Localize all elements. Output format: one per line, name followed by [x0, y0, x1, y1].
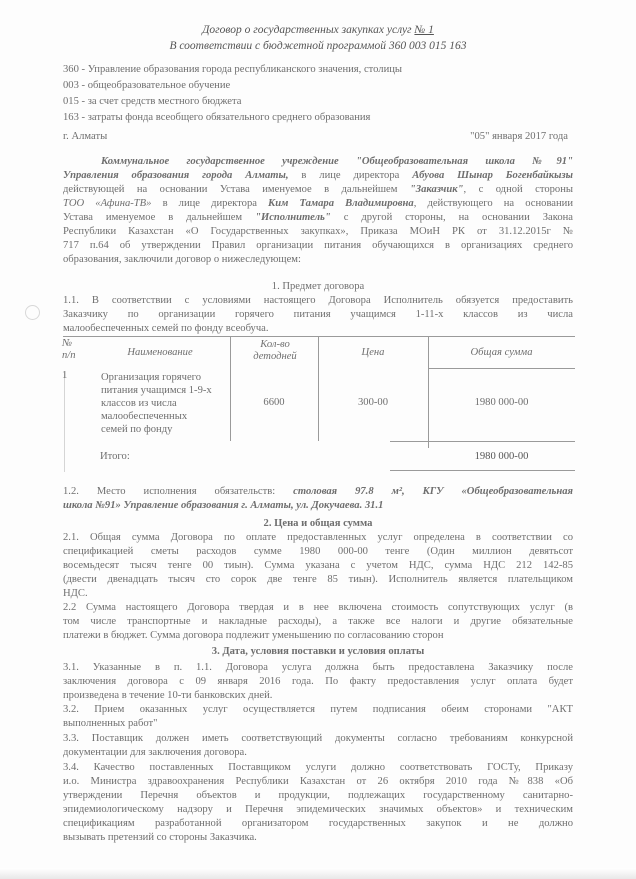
- row-name-line: питания учащимся 1-9-х: [101, 384, 231, 397]
- preamble-line: Коммунальное государственное учреждение …: [63, 155, 573, 168]
- binder-hole-mark: [25, 305, 40, 320]
- col-header-name: Наименование: [90, 347, 230, 359]
- row-total: 1980 000-00: [428, 397, 575, 409]
- preamble-line: Республики Казахстан «О Государственных …: [63, 225, 573, 238]
- preamble-text: 717 п.64 об утверждении Правил организац…: [63, 240, 573, 251]
- preamble-text: Абуова Шынар Богенбайкызы: [412, 170, 573, 181]
- row-qty: 6600: [230, 397, 318, 409]
- section-2-1-line-1: 2.1. Общая сумма Договора по оплате пред…: [63, 531, 573, 544]
- preamble-text: с другой стороны, на основании Закона: [331, 212, 573, 223]
- section-1-2-text: столовая 97.8 м², КГУ «Общеобразовательн…: [293, 486, 573, 497]
- section-1-1-line-2: Заказчику по организации горячего питани…: [63, 308, 573, 321]
- preamble-text: "Исполнитель": [255, 212, 331, 223]
- section-3-1-line-1: 3.1. Указанные в п. 1.1. Договора услуга…: [63, 661, 573, 674]
- section-3-4-line-2: и.о. Министра здравоохранения Республики…: [63, 775, 573, 788]
- col-header-number: № п/п: [62, 338, 82, 362]
- preamble-text: Коммунальное государственное учреждение …: [101, 156, 573, 167]
- row-name-line: семей по фонду: [101, 423, 231, 436]
- budget-code-003: 003 - общеобразовательное обучение: [63, 79, 230, 92]
- row-name-line: малообеспеченных: [101, 410, 231, 423]
- section-2-2-line-1: 2.2 Сумма настоящего Договора твердая и …: [63, 601, 573, 614]
- contract-title-text: Договор о государственных закупках услуг: [202, 24, 414, 36]
- section-2-2-line-3: платежи в бюджет. Сумма договора подлежи…: [63, 629, 444, 642]
- row-number: 1: [62, 370, 76, 382]
- table-header-border: [428, 368, 575, 369]
- preamble-text: Устава именуемое в дальнейшем: [63, 212, 255, 223]
- preamble-line: Устава именуемое в дальнейшем "Исполните…: [63, 211, 573, 224]
- contract-city: г. Алматы: [63, 130, 107, 143]
- section-3-4-line-5: спецификациям разработанной организаторо…: [63, 817, 573, 830]
- section-3-3-line-2: документации для заключения договора.: [63, 746, 247, 759]
- row-price: 300-00: [318, 397, 428, 409]
- preamble-text: Ким Тамара Владимировна: [268, 198, 414, 209]
- section-2-2-line-2: том числе транспортные и накладные расхо…: [63, 615, 573, 628]
- table-row-border: [390, 441, 575, 442]
- col-header-qty: Кол-во детодней: [250, 339, 300, 363]
- section-3-4-line-3: утверждении Перечня объектов и продукции…: [63, 789, 573, 802]
- section-2-heading: 2. Цена и общая сумма: [0, 517, 636, 530]
- section-3-4-line-6: вызывать претензий со стороны Заказчика.: [63, 831, 257, 844]
- section-1-1-line-3: малообеспеченных семей по фонду всеобуча…: [63, 322, 269, 335]
- section-3-4-line-1: 3.4. Качество поставленных Поставщиком у…: [63, 761, 573, 774]
- table-total-value: 1980 000-00: [428, 451, 575, 463]
- preamble-text: в лице директора: [289, 170, 413, 181]
- contract-number: № 1: [414, 24, 433, 36]
- preamble-text: , действующего на основании: [414, 198, 573, 209]
- section-1-2-line: школа №91» Управление образования г. Алм…: [63, 499, 573, 512]
- section-1-2-text: 1.2. Место исполнения обязательств:: [63, 486, 293, 497]
- preamble-line: Управления образования города Алматы, в …: [63, 169, 573, 182]
- table-total-label: Итого:: [100, 451, 160, 463]
- preamble-text: "Заказчик": [410, 184, 464, 195]
- preamble-line: действующей на основании Устава именуемо…: [63, 183, 573, 196]
- contract-date: "05" января 2017 года: [470, 130, 568, 143]
- preamble-line: 717 п.64 об утверждении Правил организац…: [63, 239, 573, 252]
- section-2-1-line-5: НДС.: [63, 587, 88, 600]
- preamble-text: ТОО «Афина-ТВ»: [63, 198, 151, 209]
- budget-code-163: 163 - затраты фонда всеобщего обязательн…: [63, 111, 370, 124]
- section-1-1-line-1: 1.1. В соответствии с условиями настояще…: [63, 294, 573, 307]
- preamble-text: Республики Казахстан «О Государственных …: [63, 226, 573, 237]
- preamble-text: образования, заключили договор о нижесле…: [63, 254, 301, 265]
- col-header-price: Цена: [318, 347, 428, 359]
- preamble-text: , с одной стороны: [464, 184, 573, 195]
- table-left-border: [64, 372, 65, 472]
- contract-title: Договор о государственных закупках услуг…: [0, 24, 636, 37]
- section-3-2-line-2: выполненных работ": [63, 717, 158, 730]
- table-total-border: [390, 470, 575, 471]
- preamble-text: в лице директора: [151, 198, 268, 209]
- contract-subtitle: В соответствии с бюджетной программой 36…: [0, 40, 636, 53]
- section-3-2-line-1: 3.2. Прием оказанных услуг осуществляетс…: [63, 703, 573, 716]
- section-3-heading: 3. Дата, условия поставки и условия опла…: [0, 645, 636, 658]
- section-1-2-line: 1.2. Место исполнения обязательств: стол…: [63, 485, 573, 498]
- row-name-line: Организация горячего: [101, 371, 231, 384]
- row-name: Организация горячего питания учащимся 1-…: [101, 371, 231, 436]
- section-2-1-line-3: восемьдесят тысяч тенге 00 тиын). Сумма …: [63, 559, 573, 572]
- section-2-1-line-2: спецификацией сметы расходов сумме 1980 …: [63, 545, 573, 558]
- preamble-text: Управления образования города Алматы,: [63, 170, 289, 181]
- preamble-line: ТОО «Афина-ТВ» в лице директора Ким Тама…: [63, 197, 573, 210]
- preamble-line: образования, заключили договор о нижесле…: [63, 253, 573, 266]
- preamble-text: действующей на основании Устава именуемо…: [63, 184, 410, 195]
- section-3-3-line-1: 3.3. Поставщик должен иметь соответствую…: [63, 732, 573, 745]
- row-name-line: классов из числа: [101, 397, 231, 410]
- budget-code-360: 360 - Управление образования города респ…: [63, 63, 402, 76]
- col-header-total: Общая сумма: [428, 347, 575, 359]
- budget-code-015: 015 - за счет средств местного бюджета: [63, 95, 241, 108]
- table-top-border: [63, 336, 575, 337]
- section-1-2-text: школа №91» Управление образования г. Алм…: [63, 500, 383, 511]
- document-page: Договор о государственных закупках услуг…: [0, 0, 636, 879]
- section-3-1-line-2: заключения договора с 09 января 2016 год…: [63, 675, 573, 688]
- scan-edge-shadow: [0, 868, 636, 879]
- section-1-heading: 1. Предмет договора: [0, 280, 636, 293]
- section-2-1-line-4: (двести двенадцать тысяч сто сорок две т…: [63, 573, 573, 586]
- section-3-1-line-3: произведена в течение 10-ти банковских д…: [63, 689, 272, 702]
- section-3-4-line-4: эпидемиологическому надзору и Перечня эп…: [63, 803, 573, 816]
